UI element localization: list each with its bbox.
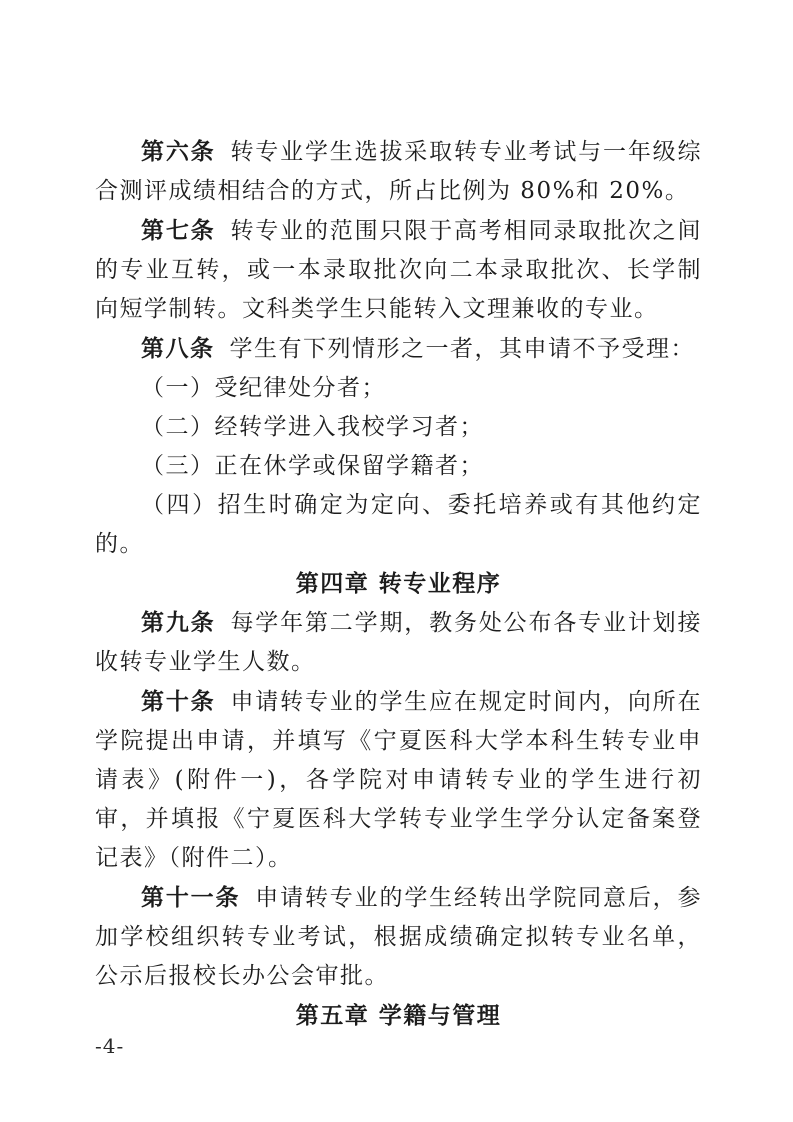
article-number: 第七条 xyxy=(141,217,216,244)
list-item-paragraph: （一）受纪律处分者； xyxy=(95,369,702,408)
chapter-heading: 第五章 学籍与管理 xyxy=(95,996,702,1035)
article-number: 第六条 xyxy=(141,138,216,165)
article-number: 第十条 xyxy=(141,688,216,715)
article-paragraph: 第九条每学年第二学期，教务处公布各专业计划接收转专业学生人数。 xyxy=(95,603,702,682)
article-number: 第八条 xyxy=(141,335,215,362)
article-number: 第十一条 xyxy=(141,884,240,911)
document-page: 第六条转专业学生选拔采取转专业考试与一年级综合测评成绩相结合的方式，所占比例为 … xyxy=(0,0,793,1122)
list-item-paragraph: （三）正在休学或保留学籍者； xyxy=(95,447,702,486)
chapter-heading: 第四章 转专业程序 xyxy=(95,564,702,603)
article-paragraph: 第十一条申请转专业的学生经转出学院同意后，参加学校组织转专业考试，根据成绩确定拟… xyxy=(95,878,702,996)
article-paragraph: 第十条申请转专业的学生应在规定时间内，向所在学院提出申请，并填写《宁夏医科大学本… xyxy=(95,682,702,878)
article-paragraph: 第六条转专业学生选拔采取转专业考试与一年级综合测评成绩相结合的方式，所占比例为 … xyxy=(95,132,702,211)
list-item-paragraph: （四）招生时确定为定向、委托培养或有其他约定的。 xyxy=(95,486,702,564)
article-paragraph: 第八条学生有下列情形之一者，其申请不予受理： xyxy=(95,329,702,369)
article-number: 第九条 xyxy=(141,609,216,636)
page-number: -4- xyxy=(95,1034,124,1058)
list-item-paragraph: （二）经转学进入我校学习者； xyxy=(95,408,702,447)
document-body: 第六条转专业学生选拔采取转专业考试与一年级综合测评成绩相结合的方式，所占比例为 … xyxy=(95,132,702,1035)
article-paragraph: 第七条转专业的范围只限于高考相同录取批次之间的专业互转，或一本录取批次向二本录取… xyxy=(95,211,702,329)
